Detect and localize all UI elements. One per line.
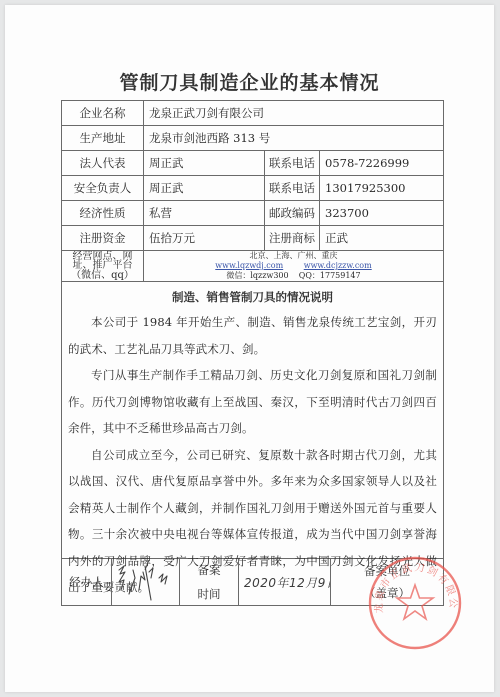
website-link-dcjzzw[interactable]: www.dcjzzw.com (304, 261, 372, 270)
seal-note: （盖章） (364, 582, 410, 604)
table-row-legal-rep: 法人代表 周正武 联系电话 0578-7226999 (62, 151, 443, 176)
signature-icon (115, 560, 177, 604)
trademark-value: 正武 (320, 226, 443, 250)
address-value: 龙泉市剑池西路 313 号 (144, 126, 443, 150)
record-unit: 备案单位 （盖章） (331, 559, 443, 605)
table-row-address: 生产地址 龙泉市剑池西路 313 号 (62, 126, 443, 151)
record-time-label: 备案 时间 (180, 559, 239, 605)
legal-rep-phone-label: 联系电话 (265, 151, 320, 175)
legal-rep-label: 法人代表 (62, 151, 144, 175)
website-links: www.lqzwdj.com www.dcjzzw.com (206, 261, 380, 271)
safety-officer-value: 周正武 (144, 176, 265, 200)
table-row-capital: 注册资金 伍拾万元 注册商标 正武 (62, 226, 443, 251)
safety-officer-phone: 13017925300 (320, 176, 443, 200)
handler-signature (112, 559, 180, 605)
economy-value: 私营 (144, 201, 265, 225)
company-name-label: 企业名称 (62, 101, 144, 125)
record-time-label-line: 时间 (198, 582, 221, 605)
description-paragraph: 专门从事生产制作手工精品刀剑、历史文化刀剑复原和国礼刀剑制作。历代刀剑博物馆收藏… (68, 362, 437, 442)
outlets-label: 经营网点、网 址、推广平台 （微信、qq） (62, 251, 144, 281)
table-row-outlets: 经营网点、网 址、推广平台 （微信、qq） 北京、上海、广州、重庆 www.lq… (62, 251, 443, 282)
trademark-label: 注册商标 (265, 226, 320, 250)
table-row-safety-officer: 安全负责人 周正武 联系电话 13017925300 (62, 176, 443, 201)
capital-label: 注册资金 (62, 226, 144, 250)
safety-officer-phone-label: 联系电话 (265, 176, 320, 200)
postcode-value: 323700 (320, 201, 443, 225)
description-section: 制造、销售管制刀具的情况说明 本公司于 1984 年开始生产、制造、销售龙泉传统… (62, 289, 443, 559)
outlets-label-line: （微信、qq） (71, 271, 134, 281)
company-info-table: 企业名称 龙泉正武刀剑有限公司 生产地址 龙泉市剑池西路 313 号 法人代表 … (61, 100, 444, 606)
address-label: 生产地址 (62, 126, 144, 150)
company-name-value: 龙泉正武刀剑有限公司 (144, 101, 443, 125)
outlet-cities: 北京、上海、广州、重庆 (250, 251, 338, 261)
document-title: 管制刀具制造企业的基本情况 (5, 68, 494, 95)
table-row-economy: 经济性质 私营 邮政编码 323700 (62, 201, 443, 226)
record-date: 2020年12月9日 (239, 559, 331, 605)
legal-rep-phone: 0578-7226999 (320, 151, 443, 175)
description-paragraph: 本公司于 1984 年开始生产、制造、销售龙泉传统工艺宝剑，开刃的武术、工艺礼品… (68, 309, 437, 362)
signature-row: 经办人 备案 时间 2020年12月9日 备案单位 （盖章） (62, 559, 443, 606)
social-accounts: 微信：lqzzw300 QQ：17759147 (226, 271, 360, 281)
description-title: 制造、销售管制刀具的情况说明 (68, 289, 437, 305)
record-time-label-line: 备案 (198, 559, 221, 582)
capital-value: 伍拾万元 (144, 226, 265, 250)
outlets-value: 北京、上海、广州、重庆 www.lqzwdj.com www.dcjzzw.co… (144, 251, 443, 281)
economy-label: 经济性质 (62, 201, 144, 225)
postcode-label: 邮政编码 (265, 201, 320, 225)
safety-officer-label: 安全负责人 (62, 176, 144, 200)
handler-label: 经办人 (62, 559, 112, 605)
document-page: 管制刀具制造企业的基本情况 企业名称 龙泉正武刀剑有限公司 生产地址 龙泉市剑池… (5, 5, 494, 692)
record-date-value: 2020年12月9日 (244, 574, 331, 591)
record-unit-label: 备案单位 (364, 560, 410, 582)
legal-rep-value: 周正武 (144, 151, 265, 175)
website-link-lqzwdj[interactable]: www.lqzwdj.com (215, 261, 283, 270)
table-row-company-name: 企业名称 龙泉正武刀剑有限公司 (62, 101, 443, 126)
